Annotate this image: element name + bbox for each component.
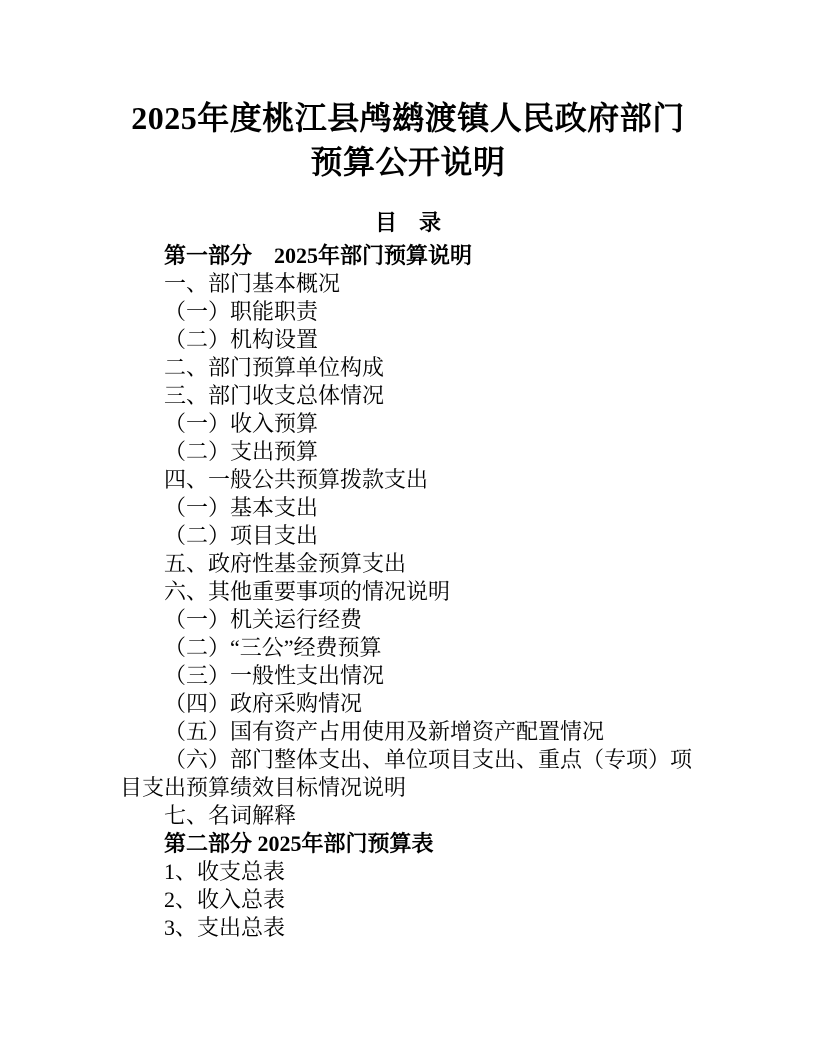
toc-entry: （五）国有资产占用使用及新增资产配置情况 bbox=[120, 718, 696, 746]
toc-entry: 七、名词解释 bbox=[120, 802, 696, 830]
toc-entry-part2-heading: 第二部分 2025年部门预算表 bbox=[120, 830, 696, 858]
document-title-line2: 预算公开说明 bbox=[120, 140, 696, 184]
document-page: 2025年度桃江县鸬鹚渡镇人民政府部门 预算公开说明 目 录 第一部分 2025… bbox=[0, 0, 816, 1056]
toc-entry: （一）机关运行经费 bbox=[120, 606, 696, 634]
toc-entry: 六、其他重要事项的情况说明 bbox=[120, 578, 696, 606]
toc-entry: 3、支出总表 bbox=[120, 914, 696, 942]
toc-entry: （二）项目支出 bbox=[120, 522, 696, 550]
toc-entry: 一、部门基本概况 bbox=[120, 270, 696, 298]
toc-entry: 二、部门预算单位构成 bbox=[120, 354, 696, 382]
toc-entry: 三、部门收支总体情况 bbox=[120, 382, 696, 410]
toc-entry: （二）支出预算 bbox=[120, 438, 696, 466]
toc-entry: （一）收入预算 bbox=[120, 410, 696, 438]
toc-entry-wrapping: （六）部门整体支出、单位项目支出、重点（专项）项目支出预算绩效目标情况说明 bbox=[120, 746, 696, 802]
toc-entry: 五、政府性基金预算支出 bbox=[120, 550, 696, 578]
toc-entry: （一）基本支出 bbox=[120, 494, 696, 522]
toc-entry: （三）一般性支出情况 bbox=[120, 662, 696, 690]
toc-entry: （二）“三公”经费预算 bbox=[120, 634, 696, 662]
document-title-line1: 2025年度桃江县鸬鹚渡镇人民政府部门 bbox=[120, 96, 696, 140]
toc-entry: （二）机构设置 bbox=[120, 326, 696, 354]
toc-entry: 四、一般公共预算拨款支出 bbox=[120, 466, 696, 494]
toc-entry: 1、收支总表 bbox=[120, 858, 696, 886]
toc-heading: 目 录 bbox=[120, 209, 696, 237]
table-of-contents: 第一部分 2025年部门预算说明 一、部门基本概况 （一）职能职责 （二）机构设… bbox=[120, 242, 696, 942]
toc-entry: （四）政府采购情况 bbox=[120, 690, 696, 718]
toc-entry: 2、收入总表 bbox=[120, 886, 696, 914]
document-title: 2025年度桃江县鸬鹚渡镇人民政府部门 预算公开说明 bbox=[120, 96, 696, 184]
toc-entry: （一）职能职责 bbox=[120, 298, 696, 326]
toc-entry-part1-heading: 第一部分 2025年部门预算说明 bbox=[120, 242, 696, 270]
